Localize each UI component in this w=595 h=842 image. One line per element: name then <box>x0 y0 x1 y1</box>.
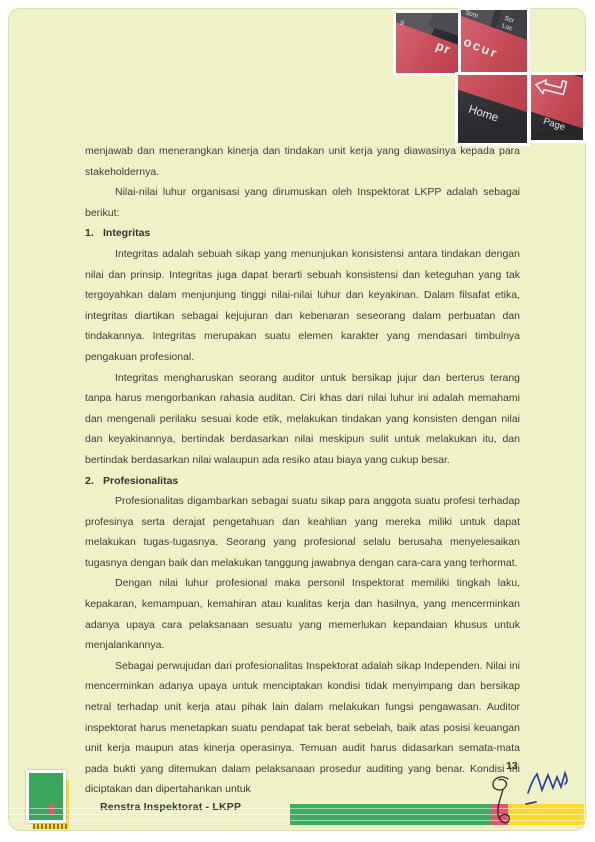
keyboard-tile-bottom-middle: Home <box>458 75 527 143</box>
keyboard-tile-top-right: Scm Scr Loc ocur <box>461 10 527 74</box>
paragraph-continuation: menjawab dan menerangkan kinerja dan tin… <box>85 141 520 182</box>
paragraph-profesionalitas-2: Dengan nilai luhur profesional maka pers… <box>85 573 520 655</box>
key-shape <box>429 13 458 39</box>
home-key-label: Home <box>467 104 500 125</box>
paragraph-intro: Nilai-nilai luhur organisasi yang dirumu… <box>85 182 520 223</box>
handwritten-initials-black <box>484 772 526 828</box>
body-text: menjawab dan menerangkan kinerja dan tin… <box>85 141 520 800</box>
heading-number: 2. <box>85 471 103 492</box>
keyboard-tile-bottom-right: Page <box>531 75 583 140</box>
heading-label: Profesionalitas <box>103 475 178 487</box>
footer-title: Renstra Inspektorat - LKPP <box>100 801 241 813</box>
logo-green-sheet <box>26 770 66 823</box>
page-number: 13 <box>506 760 518 772</box>
paragraph-integritas-1: Integritas adalah sebuah sikap yang menu… <box>85 244 520 368</box>
scanned-document-page: { "document": { "page_number": "13", "fo… <box>0 0 595 842</box>
keyboard-tile-top-left: 9 pr <box>396 13 458 73</box>
paragraph-integritas-2: Integritas mengharuskan seorang auditor … <box>85 368 520 471</box>
heading-label: Integritas <box>103 227 150 239</box>
logo-tick-strip <box>33 824 69 829</box>
paragraph-profesionalitas-1: Profesionalitas digambarkan sebagai suat… <box>85 491 520 573</box>
handwritten-signature-blue <box>524 765 570 809</box>
heading-integritas: 1.Integritas <box>85 223 520 244</box>
heading-number: 1. <box>85 223 103 244</box>
paragraph-profesionalitas-3: Sebagai perwujudan dari profesionalitas … <box>85 656 520 800</box>
heading-profesionalitas: 2.Profesionalitas <box>85 471 520 492</box>
